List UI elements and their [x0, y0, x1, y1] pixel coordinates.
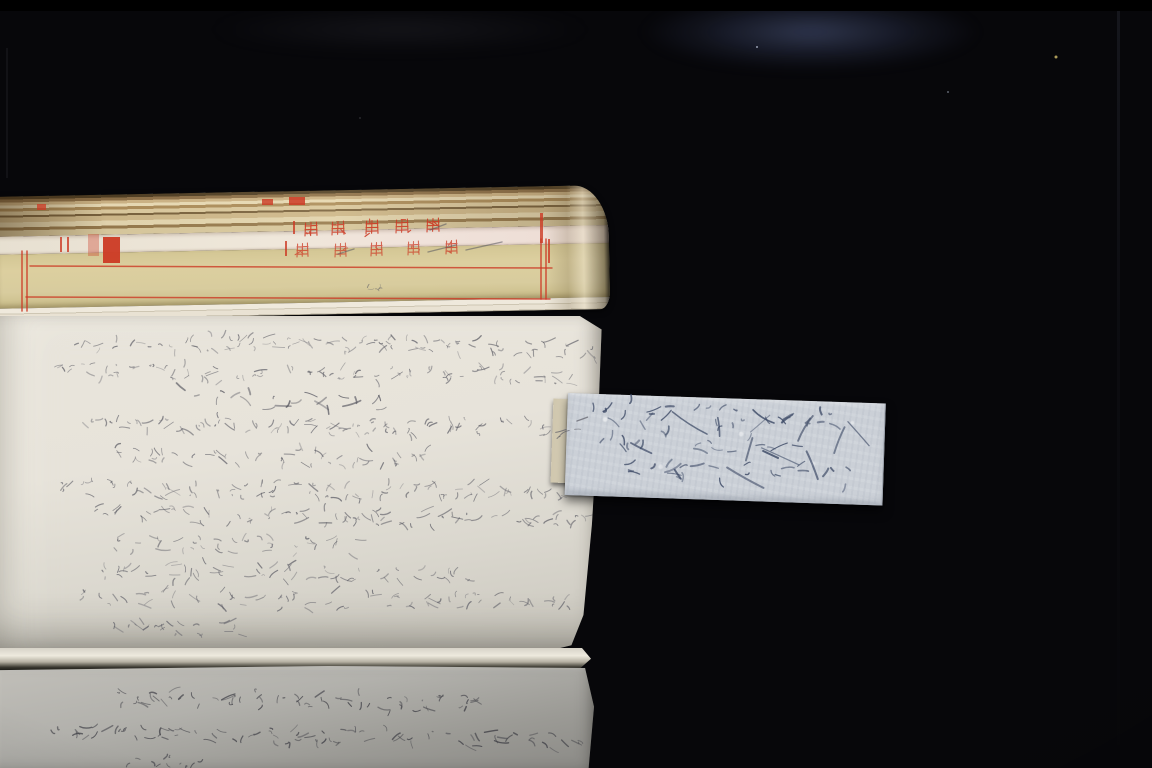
stack-right-corner: [544, 185, 610, 310]
document-stack-fore-edge: [0, 185, 610, 321]
case-frame-right-seam: [1117, 0, 1120, 768]
paper-slip-bookmark: [565, 393, 886, 505]
manuscript-page-top: [0, 316, 604, 652]
case-frame-top-edge: [0, 0, 1152, 11]
display-case-photo: [0, 0, 1152, 768]
glass-glare-faint: [120, 4, 680, 68]
glass-glare-highlight: [630, 0, 1060, 110]
case-frame-left-edge: [6, 48, 8, 178]
manuscript-page-underneath: [0, 666, 597, 768]
